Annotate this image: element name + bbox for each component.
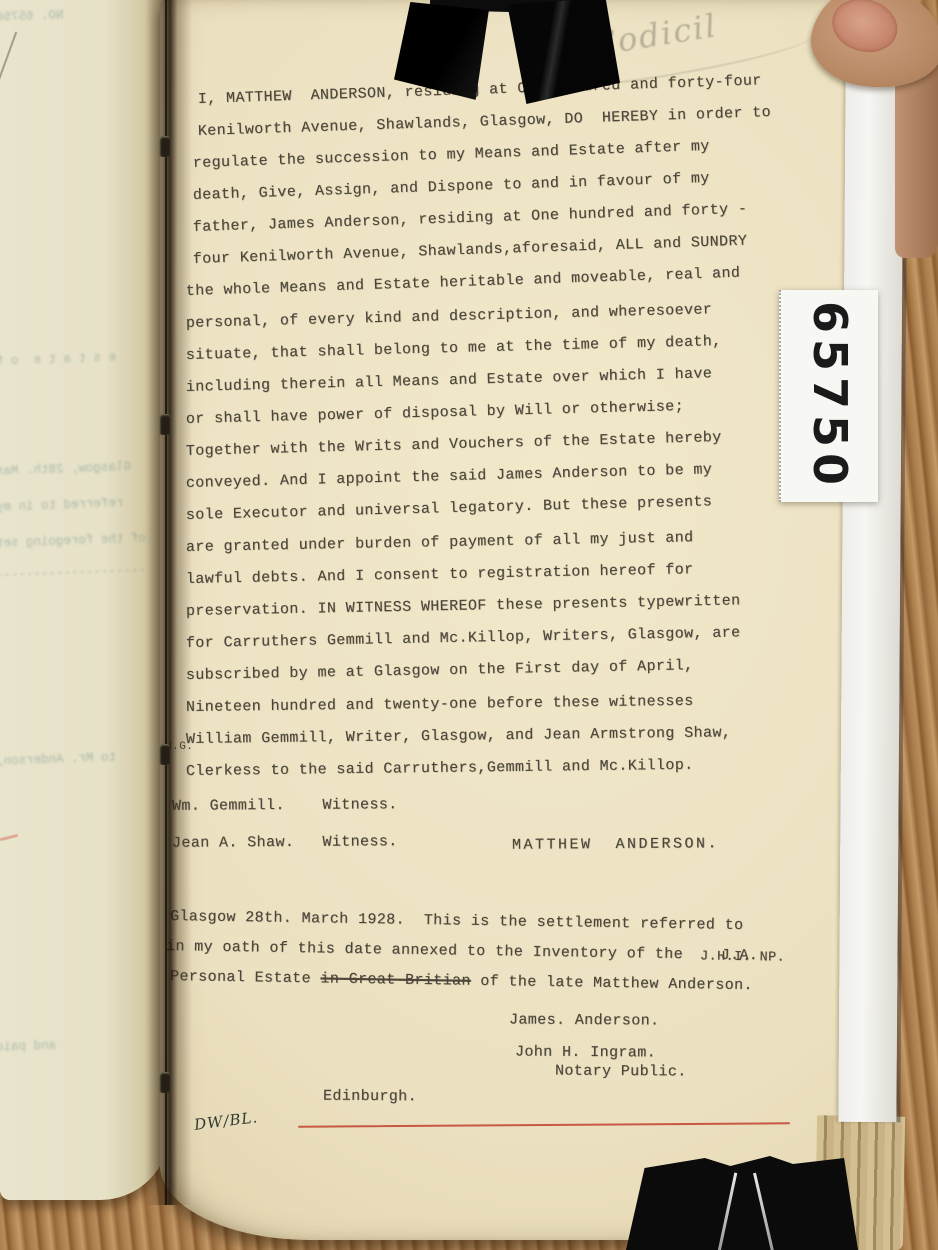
pink-pencil-mark <box>0 834 18 841</box>
notary-title: Notary Public. <box>555 1063 687 1081</box>
notary-signature: John H. Ingram. <box>515 1044 656 1062</box>
archival-label: 65750 <box>779 290 878 502</box>
facing-page: NO. 65750 e s t a t e o f Glasgow, 28th.… <box>0 0 170 1200</box>
typed-body-text: I, MATTHEW ANDERSON, residing at One hun… <box>186 84 806 788</box>
witness-line-1: Wm. Gemmill. Witness. <box>172 796 398 815</box>
thumb-nail <box>826 0 904 60</box>
bleed-through-text: of the foregoing set <box>0 531 146 550</box>
bleed-through-text: referred to in my <box>0 495 146 514</box>
marginal-initials: W.G. <box>165 741 193 753</box>
executor-signature: James. Anderson. <box>509 1011 660 1029</box>
bleed-through-text: Glasgow, 28th. Mar <box>0 459 146 478</box>
testator-signature: MATTHEW ANDERSON. <box>512 835 719 853</box>
bleed-through-text: to Mr. Anderson, <box>0 749 146 768</box>
docquet-line3-prefix: Personal Estate <box>170 968 321 987</box>
red-underline <box>298 1122 790 1127</box>
binder-clip-bottom <box>626 1150 858 1250</box>
notary-interline-initials: J.H.I. NP. <box>700 949 785 965</box>
archival-label-number: 65750 <box>803 301 857 491</box>
finger <box>895 58 938 258</box>
bleed-through-text: -------------------- <box>0 563 146 582</box>
place-line: Edinburgh. <box>323 1088 417 1106</box>
ink-initials: DW/BL. <box>193 1108 259 1134</box>
binder-clip-handle-left <box>392 2 494 104</box>
bleed-through-text: e s t a t e o f <box>0 349 146 368</box>
white-card-strip <box>838 70 903 1122</box>
binder-clip-body <box>626 1150 858 1250</box>
binder-clip-top <box>392 0 628 110</box>
ink-scratch <box>0 32 17 95</box>
binder-clip-handle-right <box>500 0 620 104</box>
bleed-through-text: and paid <box>0 1035 146 1054</box>
docquet-block: Glasgow 28th. March 1928. This is the se… <box>170 902 810 992</box>
body-line: Clerkess to the said Carruthers,Gemmill … <box>186 748 806 788</box>
witness-line-2: Jean A. Shaw. Witness. <box>172 833 398 852</box>
struck-through-words: in-Great-Britian <box>320 970 471 989</box>
docquet-line3-suffix: of the late Matthew Anderson. <box>471 973 753 994</box>
document-page: Codicil I, MATTHEW ANDERSON, residing at… <box>160 0 872 1240</box>
photograph-of-bound-document: NO. 65750 e s t a t e o f Glasgow, 28th.… <box>0 0 938 1250</box>
bleed-through-text: NO. 65750 <box>0 5 146 24</box>
